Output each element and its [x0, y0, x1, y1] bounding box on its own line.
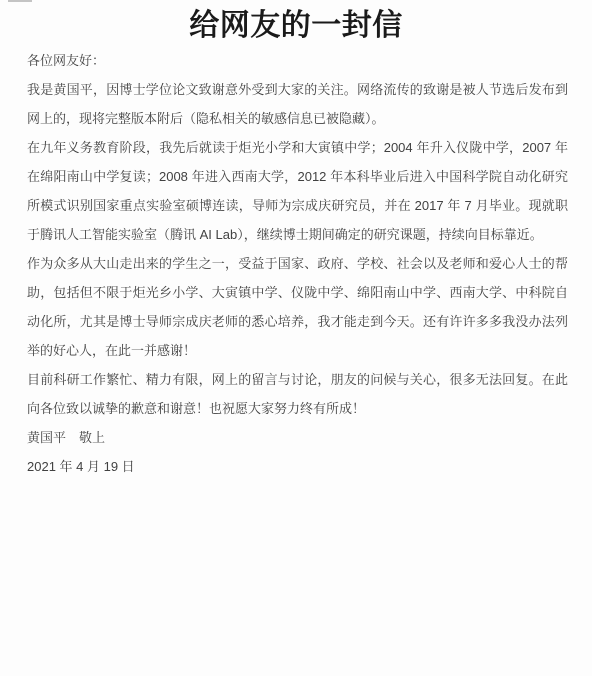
- top-left-artifact-line: [8, 0, 32, 2]
- paragraph-intro: 我是黄国平，因博士学位论文致谢意外受到大家的关注。网络流传的致谢是被人节选后发布…: [27, 75, 568, 133]
- greeting-line: 各位网友好：: [27, 46, 568, 75]
- letter-body: 各位网友好： 我是黄国平，因博士学位论文致谢意外受到大家的关注。网络流传的致谢是…: [0, 46, 592, 481]
- paragraph-apology: 目前科研工作繁忙、精力有限，网上的留言与讨论，朋友的问候与关心，很多无法回复。在…: [27, 365, 568, 423]
- letter-title: 给网友的一封信: [0, 0, 592, 46]
- paragraph-thanks: 作为众多从大山走出来的学生之一，受益于国家、政府、学校、社会以及老师和爱心人士的…: [27, 249, 568, 365]
- paragraph-education-history: 在九年义务教育阶段，我先后就读于炬光小学和大寅镇中学；2004 年升入仪陇中学，…: [27, 133, 568, 249]
- date-line: 2021 年 4 月 19 日: [27, 452, 568, 481]
- letter-page: 给网友的一封信 各位网友好： 我是黄国平，因博士学位论文致谢意外受到大家的关注。…: [0, 0, 592, 676]
- signature-line: 黄国平 敬上: [27, 423, 568, 452]
